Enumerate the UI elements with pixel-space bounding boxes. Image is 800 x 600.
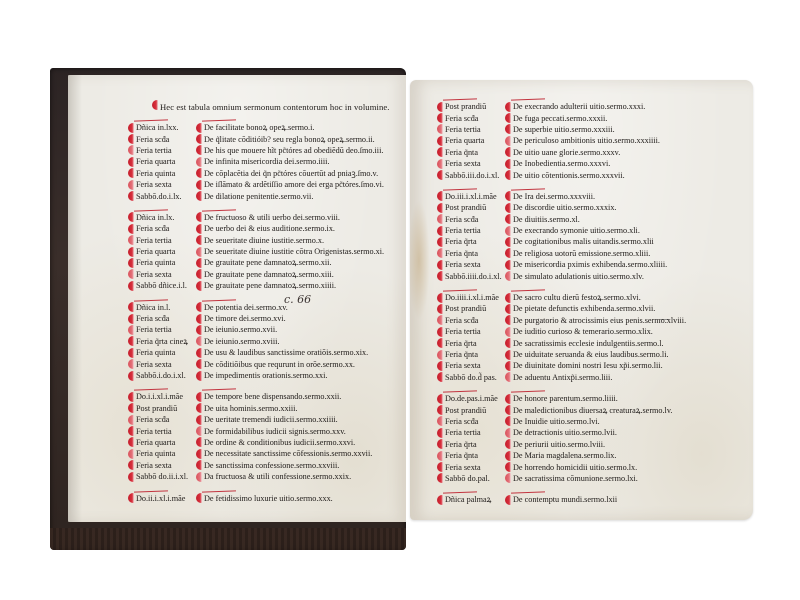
sermon-text: De his que mouere hĩt pc̃tóres ad obediẽ… [204,145,383,156]
liturgical-day: Feria quinta [128,257,196,268]
rubric-mark-icon [128,247,134,257]
rubric-mark-icon [196,212,202,222]
sermon-title: De ueritate tremendi iudicii.sermo.xxiii… [196,414,338,425]
day-label: Do.ii.i.xl.i.mãe [136,493,185,504]
rubric-mark-icon [437,338,443,348]
day-label: Feria tertia [445,225,481,236]
rubric-mark-icon [437,439,443,449]
rubric-mark-icon [196,258,202,268]
sermon-title: De sanctissima confessione.sermo.xxviii. [196,460,339,471]
sermon-row: Do.de.pas.i.mãeDe honore parentum.sermo.… [437,393,686,404]
rubric-mark-icon [196,348,202,358]
day-label: Feria q̃nta [445,147,478,158]
sermon-group: Dñica in.lxx.De facilitate bonoꝝ opeꝝ.se… [128,122,384,202]
sermon-row: Feria q̃ntaDe Maria magdalena.sermo.lix. [437,450,686,461]
rubric-mark-icon [196,493,202,503]
rubric-mark-icon [437,428,443,438]
rubric-mark-icon [196,134,202,144]
sermon-text: De uitio uane glorie.sermo.xxxv. [513,147,620,158]
sermon-text: De ieiunio.sermo.xvii. [204,324,277,335]
sermon-row: Sabbō do.pal.De sacratissima cōmunione.s… [437,473,686,484]
rubric-mark-icon [128,493,134,503]
rubric-mark-icon [437,159,443,169]
liturgical-day: Feria scḋa [128,414,196,425]
day-label: Feria quarta [136,246,175,257]
rubric-mark-icon [437,327,443,337]
sermon-text: De ordine & conditionibus iudicii.sermo.… [204,437,355,448]
rubric-mark-icon [128,403,134,413]
day-label: Feria tertia [445,326,481,337]
sermon-row: Feria scḋaDe purgatorio & atrocissimis e… [437,315,686,326]
rubric-mark-icon [128,392,134,402]
sermon-text: De horrendo homicidii uitio.sermo.lx. [513,462,637,473]
liturgical-day: Do.i.i.xl.i.mãe [128,391,196,402]
rubric-mark-icon [505,226,511,236]
rubric-mark-icon [505,170,511,180]
liturgical-day: Dñica in.l. [128,302,196,313]
liturgical-day: Feria q̃rta [437,236,505,247]
rubric-mark-icon [437,147,443,157]
day-label: Dñica palmaꝝ [445,494,491,505]
sermon-title: De iſlāmato & ardẽtiſſio amore dei erga … [196,179,384,190]
day-label: Do.iii.i.xl.i.mãe [445,191,497,202]
sermon-row: Feria scḋaDe diuitiis.sermo.xl. [437,214,686,225]
rubric-mark-icon [196,269,202,279]
rubric-mark-icon [437,226,443,236]
sermon-row: Sabbō do.ii.i.xl.Da fructuosa & utili co… [128,471,384,482]
rubric-mark-icon [437,462,443,472]
sermon-title: De purgatorio & atrocissimis eius penis.… [505,315,686,326]
day-label: Sabbō do.pal. [445,473,490,484]
rubric-mark-icon [128,157,134,167]
sermon-row: Feria q̃rtaDe cogitationibus malis uitan… [437,236,686,247]
day-label: Feria scḋa [136,313,169,324]
sermon-text: De impedimentis orationis.sermo.xxi. [204,370,327,381]
liturgical-day: Feria q̃rta [437,439,505,450]
sermon-text: De sacratissima cōmunione.sermo.lxi. [513,473,638,484]
gutter-stain [408,200,430,320]
rubric-mark-icon [196,247,202,257]
day-label: Feria sexta [445,360,481,371]
sermon-row: Feria q̃rta cineꝝDe ieiunio.sermo.xviii. [128,336,384,347]
sermon-title: De timore dei.sermo.xvi. [196,313,286,324]
rubric-mark-icon [437,361,443,371]
day-label: Sabbō.iiii.do.i.xl. [445,271,502,282]
liturgical-day: Feria quinta [128,168,196,179]
liturgical-day: Feria sexta [128,269,196,280]
liturgical-day: Dñica palmaꝝ [437,494,505,505]
liturgical-day: Feria q̃nta [437,248,505,259]
day-label: Feria sexta [136,269,172,280]
rubric-mark-icon [505,203,511,213]
sermon-row: Feria quartaDe infinita misericordia dei… [128,156,384,167]
liturgical-day: Feria q̃rta [437,338,505,349]
sermon-text: De superbie uitio.sermo.xxxiii. [513,124,615,135]
liturgical-day: Feria scḋa [437,315,505,326]
sermon-title: De sacro cultu dierū festoꝝ.sermo.xlvi. [505,292,641,303]
sermon-row: Feria sextaDe diuinitate domini nostri I… [437,360,686,371]
rubric-mark-icon [505,327,511,337]
rubric-mark-icon [128,145,134,155]
liturgical-day: Post prandiū [437,405,505,416]
liturgical-day: Dñica in.lxx. [128,122,196,133]
liturgical-day: Post prandiū [128,403,196,414]
liturgical-day: Sabbō.iii.do.i.xl. [437,170,505,181]
rubric-mark-icon [128,180,134,190]
sermon-title: De grauitate pene damnatoꝝ.sermo.xii. [196,257,332,268]
sermon-text: De misericordia pximis exhibenda.sermo.x… [513,259,667,270]
sermon-row: Feria quartaDe periculoso ambitionis uit… [437,135,686,146]
day-label: Feria tertia [136,145,172,156]
rubric-mark-icon [128,472,134,482]
sermon-text: De iuditio curioso & temerario.sermo.xli… [513,326,653,337]
day-label: Feria sexta [445,259,481,270]
sermon-row: Feria q̃ntaDe uitio uane glorie.sermo.xx… [437,147,686,158]
liturgical-day: Dñica in.lx. [128,212,196,223]
sermon-row: Dñica in.lxx.De facilitate bonoꝝ opeꝝ.se… [128,122,384,133]
sermon-row: Feria tertiaDe formidabilibus iudicii si… [128,425,384,436]
sermon-text: De infinita misericordia dei.sermo.iiii. [204,156,330,167]
sermon-title: De simulato adulationis uitio.sermo.xlv. [505,271,644,282]
rubric-mark-icon [196,437,202,447]
sermon-text: De uiduitate seruanda & eius laudibus.se… [513,349,669,360]
sermon-text: De seueritate diuine iustitie cōtra Orig… [204,246,384,257]
table-heading: Hec est tabula omnium sermonum contentor… [152,100,390,112]
sermon-title: De sacratissimis ecclesie indulgentiis.s… [505,338,664,349]
rubric-mark-icon [128,168,134,178]
sermon-title: De uitio uane glorie.sermo.xxxv. [505,147,620,158]
sermon-title: De iuditio curioso & temerario.sermo.xli… [505,326,653,337]
sermon-title: De formidabilibus iudicii signis.sermo.x… [196,426,346,437]
rubric-mark-icon [196,336,202,346]
rubric-mark-icon [437,203,443,213]
liturgical-day: Post prandiū [437,303,505,314]
sermon-title: De seueritate diuine iustitie cōtra Orig… [196,246,384,257]
sermon-title: De cōplacẽtia dei q̃n pc̃tóres cōuertūt … [196,168,378,179]
sermon-row: Sabbō.iiii.do.i.xl.De simulato adulation… [437,270,686,281]
rubric-mark-icon [196,191,202,201]
sermon-text: De formidabilibus iudicii signis.sermo.x… [204,426,346,437]
sermon-group: Dñica in.lx.De fructuoso & utili uerbo d… [128,212,384,292]
sermon-title: De diuitiis.sermo.xl. [505,214,580,225]
sermon-group: Do.i.i.xl.i.mãeDe tempore bene dispensan… [128,391,384,482]
rubric-mark-icon [437,271,443,281]
sermon-row: Feria tertiaDe execrando symonie uitio.s… [437,225,686,236]
rubric-mark-icon [505,372,511,382]
sermon-row: Feria tertiaDe ieiunio.sermo.xvii. [128,324,384,335]
rubric-mark-icon [505,248,511,258]
sermon-text: De iſlāmato & ardẽtiſſio amore dei erga … [204,179,384,190]
day-label: Feria q̃rta [445,439,477,450]
liturgical-day: Feria scḋa [128,313,196,324]
sermon-text: De seueritate diuine iustitie.sermo.x. [204,235,324,246]
sermon-text: De timore dei.sermo.xvi. [204,313,286,324]
rubric-mark-icon [128,281,134,291]
day-label: Feria q̃rta cineꝝ [136,336,188,347]
sermon-title: De Inuidie uitio.sermo.lvi. [505,416,600,427]
liturgical-day: Feria q̃nta [437,147,505,158]
sermon-title: De ieiunio.sermo.xvii. [196,324,277,335]
sermon-title: De uerbo dei & eius auditione.sermo.ix. [196,223,335,234]
sermon-row: Feria quintaDe usu & laudibus sanctissim… [128,347,384,358]
sermon-title: De execrando adulterii uitio.sermo.xxxi. [505,101,645,112]
sermon-title: De misericordia pximis exhibenda.sermo.x… [505,259,667,270]
sermon-text: De Ira dei.sermo.xxxviii. [513,191,595,202]
liturgical-day: Feria tertia [437,124,505,135]
sermon-row: Feria tertiaDe seueritate diuine iustiti… [128,235,384,246]
rubric-mark-icon [505,473,511,483]
day-label: Feria scḋa [445,214,478,225]
rubric-mark-icon [437,293,443,303]
sermon-title: De impedimentis orationis.sermo.xxi. [196,370,327,381]
day-label: Sabbō do.d̃ pas. [445,372,497,383]
liturgical-day: Feria quinta [128,448,196,459]
rubric-mark-icon [505,260,511,270]
liturgical-day: Feria quarta [128,156,196,167]
rubric-mark-icon [505,338,511,348]
liturgical-day: Sabbō.do.i.lx. [128,191,196,202]
rubric-mark-icon [437,350,443,360]
rubric-mark-icon [505,416,511,426]
rubric-mark-icon [128,371,134,381]
rubric-mark-icon [128,348,134,358]
rubric-mark-icon [437,315,443,325]
day-label: Post prandiū [136,403,177,414]
sermon-title: De grauitate pene damnatoꝝ.sermo.xiii. [196,269,334,280]
sermon-text: De diuinitate domini nostri Iesu xp̃i.se… [513,360,663,371]
liturgical-day: Sabbō.iiii.do.i.xl. [437,271,505,282]
rubric-mark-icon [505,315,511,325]
sermon-group: Dñica palmaꝝDe contemptu mundi.sermo.lxi… [437,494,686,505]
rubric-mark-icon [128,212,134,222]
sermon-row: Feria quartaDe seueritate diuine iustiti… [128,246,384,257]
rubric-mark-icon [437,170,443,180]
rubric-mark-icon [196,449,202,459]
sermon-row: Feria tertiaDe his que mouere hĩt pc̃tór… [128,145,384,156]
sermon-title: De sacratissima cōmunione.sermo.lxi. [505,473,638,484]
rubric-mark-icon [128,134,134,144]
rubric-mark-icon [505,147,511,157]
rubric-mark-icon [437,113,443,123]
day-label: Sabbō dñice.i.l. [136,280,187,291]
rubric-mark-icon [128,325,134,335]
sermon-title: De Inobedientia.sermo.xxxvi. [505,158,610,169]
rubric-mark-icon [196,157,202,167]
sermon-text: De diuitiis.sermo.xl. [513,214,580,225]
day-label: Feria tertia [445,427,481,438]
liturgical-day: Do.iii.i.xl.i.mãe [437,191,505,202]
sermon-text: De religiosa uotorū emissione.sermo.xlii… [513,248,650,259]
sermon-title: De uita hominis.sermo.xxiii. [196,403,297,414]
sermon-title: De grauitate pene damnatoꝝ.sermo.xiiii. [196,280,336,291]
sermon-title: De dilatione penitentie.sermo.vii. [196,191,313,202]
rubric-mark-icon [505,237,511,247]
sermon-title: De tempore bene dispensando.sermo.xxii. [196,391,341,402]
day-label: Sabbō.i.do.i.xl. [136,370,186,381]
liturgical-day: Post prandiū [437,101,505,112]
sermon-title: De potentia dei.sermo.xv. [196,302,288,313]
day-label: Dñica in.lx. [136,212,174,223]
sermon-text: De execrando symonie uitio.sermo.xli. [513,225,640,236]
liturgical-day: Feria quinta [128,347,196,358]
day-label: Post prandiū [445,101,486,112]
sermon-title: De pietate defunctis exhibenda.sermo.xlv… [505,303,655,314]
sermon-text: De Inobedientia.sermo.xxxvi. [513,158,610,169]
sermon-row: Sabbō.do.i.lx.De dilatione penitentie.se… [128,190,384,201]
sermon-text: De ieiunio.sermo.xviii. [204,336,280,347]
sermon-title: De ordine & conditionibus iudicii.sermo.… [196,437,355,448]
rubric-mark-icon [437,124,443,134]
liturgical-day: Feria tertia [128,426,196,437]
day-label: Feria sexta [136,179,172,190]
rubric-mark-icon [505,136,511,146]
sermon-row: Feria scḋaDe uerbo dei & eius auditione.… [128,223,384,234]
rubric-mark-icon [505,159,511,169]
sermon-title: De periurii uitio.sermo.lviii. [505,439,605,450]
sermon-title: De uitio cōtentionis.sermo.xxxvii. [505,170,625,181]
sermon-row: Post prandiūDe execrando adulterii uitio… [437,101,686,112]
sermon-title: De fetidissimo luxurie uitio.sermo.xxx. [196,493,333,504]
sermon-title: Da fructuosa & utili confessione.sermo.x… [196,471,351,482]
rubric-mark-icon [437,214,443,224]
rubric-mark-icon [128,269,134,279]
sermon-row: Feria scḋaDe ueritate tremendi iudicii.s… [128,414,384,425]
sermon-title: De aduentu Antixp̃i.sermo.liii. [505,372,612,383]
rubric-mark-icon [196,145,202,155]
sermon-row: Feria q̃ntaDe religiosa uotorū emissione… [437,248,686,259]
sermon-title: De Ira dei.sermo.xxxviii. [505,191,595,202]
rubric-mark-icon [437,260,443,270]
day-label: Feria q̃nta [445,248,478,259]
rubric-mark-icon [505,495,511,505]
rubric-mark-icon [437,405,443,415]
day-label: Feria scḋa [136,414,169,425]
sermon-title: De facilitate bonoꝝ opeꝝ.sermo.i. [196,122,314,133]
sermon-row: Feria quintaDe cōplacẽtia dei q̃n pc̃tór… [128,168,384,179]
right-column: Post prandiūDe execrando adulterii uitio… [437,101,686,516]
heading-text: Hec est tabula omnium sermonum contentor… [160,102,390,112]
sermon-text: De sacratissimis ecclesie indulgentiis.s… [513,338,664,349]
day-label: Feria quinta [136,168,175,179]
sermon-title: De horrendo homicidii uitio.sermo.lx. [505,462,637,473]
liturgical-day: Feria tertia [437,326,505,337]
liturgical-day: Feria tertia [128,324,196,335]
sermon-title: De fuga peccati.sermo.xxxii. [505,113,607,124]
day-label: Do.i.i.xl.i.mãe [136,391,183,402]
sermon-group: Do.iii.i.xl.i.mãeDe Ira dei.sermo.xxxvii… [437,191,686,282]
liturgical-day: Sabbō do.d̃ pas. [437,372,505,383]
sermon-row: Feria sextaDe cōditiōibus que requrunt i… [128,358,384,369]
day-label: Feria quarta [445,135,484,146]
rubric-mark-icon [128,437,134,447]
sermon-title: De maledictionibus diuersaꝝ creaturaꝝ.se… [505,405,672,416]
sermon-row: Feria sextaDe sanctissima confessione.se… [128,460,384,471]
rubric-mark-icon [505,428,511,438]
rubric-mark-icon [505,124,511,134]
rubric-mark-icon [128,302,134,312]
sermon-row: Feria sextaDe Inobedientia.sermo.xxxvi. [437,158,686,169]
sermon-text: De fructuoso & utili uerbo dei.sermo.vii… [204,212,340,223]
day-label: Feria sexta [136,460,172,471]
sermon-text: De fuga peccati.sermo.xxxii. [513,113,607,124]
sermon-title: De ieiunio.sermo.xviii. [196,336,280,347]
rubric-mark-icon [437,136,443,146]
day-label: Feria q̃nta [445,349,478,360]
rubric-mark-icon [505,451,511,461]
liturgical-day: Feria sexta [437,360,505,371]
day-label: Feria quinta [136,448,175,459]
sermon-text: De cōplacẽtia dei q̃n pc̃tóres cōuertūt … [204,168,378,179]
rubric-mark-icon [437,473,443,483]
rubric-mark-icon [196,426,202,436]
sermon-row: Feria sextaDe grauitate pene damnatoꝝ.se… [128,269,384,280]
sermon-text: De fetidissimo luxurie uitio.sermo.xxx. [204,493,333,504]
sermon-text: De usu & laudibus sanctissime oratiōis.s… [204,347,368,358]
sermon-row: Feria quartaDe ordine & conditionibus iu… [128,437,384,448]
liturgical-day: Sabbō do.ii.i.xl. [128,471,196,482]
liturgical-day: Feria quarta [128,437,196,448]
rubric-mark-icon [505,394,511,404]
sermon-title: De Maria magdalena.sermo.lix. [505,450,616,461]
rubric-mark-icon [196,180,202,190]
sermon-row: Post prandiūDe uita hominis.sermo.xxiii. [128,403,384,414]
sermon-text: De maledictionibus diuersaꝝ creaturaꝝ.se… [513,405,672,416]
rubric-mark-icon [505,304,511,314]
sermon-text: De sanctissima confessione.sermo.xxviii. [204,460,339,471]
sermon-text: De cogitationibus malis uitandis.sermo.x… [513,236,654,247]
sermon-title: De cogitationibus malis uitandis.sermo.x… [505,236,654,247]
sermon-text: De aduentu Antixp̃i.sermo.liii. [513,372,612,383]
rubric-mark-icon [437,495,443,505]
liturgical-day: Feria sexta [437,462,505,473]
rubric-mark-icon [196,235,202,245]
day-label: Feria tertia [136,426,172,437]
rubric-mark-icon [128,359,134,369]
rubric-mark-icon [128,314,134,324]
sermon-row: Feria scḋaDe timore dei.sermo.xvi. [128,313,384,324]
sermon-row: Feria sextaDe iſlāmato & ardẽtiſſio amor… [128,179,384,190]
sermon-title: De contemptu mundi.sermo.lxii [505,494,617,505]
rubric-mark-icon [505,361,511,371]
sermon-row: Feria q̃ntaDe uiduitate seruanda & eius … [437,349,686,360]
day-label: Feria tertia [136,324,172,335]
liturgical-day: Feria quarta [128,246,196,257]
day-label: Feria sexta [136,359,172,370]
rubric-mark-icon [196,415,202,425]
sermon-row: Sabbō.iii.do.i.xl.De uitio cōtentionis.s… [437,169,686,180]
sermon-text: De detractionis uitio.sermo.lvii. [513,427,617,438]
sermon-text: De uitio cōtentionis.sermo.xxxvii. [513,170,625,181]
day-label: Feria scḋa [445,113,478,124]
sermon-text: De sacro cultu dierū festoꝝ.sermo.xlvi. [513,292,641,303]
marginal-annotation: c. 66 [284,293,311,306]
sermon-text: De tempore bene dispensando.sermo.xxii. [204,391,341,402]
sermon-title: De his que mouere hĩt pc̃tóres ad obediẽ… [196,145,383,156]
sermon-row: Do.iiii.i.xl.i.mãeDe sacro cultu dierū f… [437,292,686,303]
rubric-mark-icon [196,472,202,482]
rubric-mark-icon [437,191,443,201]
rubric-mark-icon [128,224,134,234]
liturgical-day: Sabbō do.pal. [437,473,505,484]
day-label: Dñica in.lxx. [136,122,179,133]
sermon-row: Feria tertiaDe superbie uitio.sermo.xxxi… [437,124,686,135]
day-label: Post prandiū [445,202,486,213]
sermon-title: De honore parentum.sermo.liiii. [505,393,618,404]
rubric-mark-icon [437,304,443,314]
sermon-text: De necessitate sanctissime cōfessionis.s… [204,448,372,459]
rubric-mark-icon [128,258,134,268]
rubric-mark-icon [196,314,202,324]
